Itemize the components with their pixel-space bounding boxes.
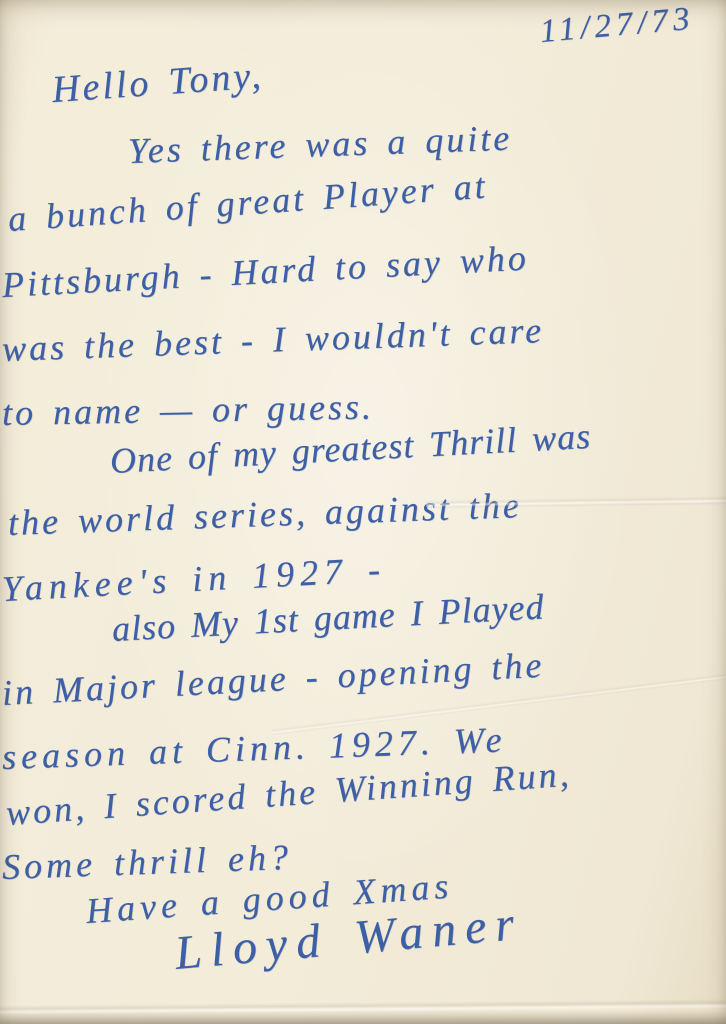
letter-body-line: was the best - I wouldn't care — [1, 309, 544, 370]
letter-date: 11/27/73 — [538, 1, 696, 51]
paper-bottom-edge-shadow — [0, 1010, 726, 1024]
paper-crease-bottom — [0, 999, 726, 1015]
letter-body-line: a bunch of great Player at — [7, 165, 489, 240]
letter-paper: 11/27/73 Hello Tony, Yes there was a qui… — [0, 0, 726, 1024]
letter-body-line: Yes there was a quite — [127, 117, 513, 172]
letter-body-line: the world series, against the — [7, 484, 522, 544]
letter-salutation: Hello Tony, — [50, 53, 264, 112]
letter-body-line: in Major league - opening the — [1, 644, 545, 714]
letter-body-line: to name — or guess. — [2, 386, 375, 434]
letter-body-line: Pittsburgh - Hard to say who — [1, 236, 530, 306]
